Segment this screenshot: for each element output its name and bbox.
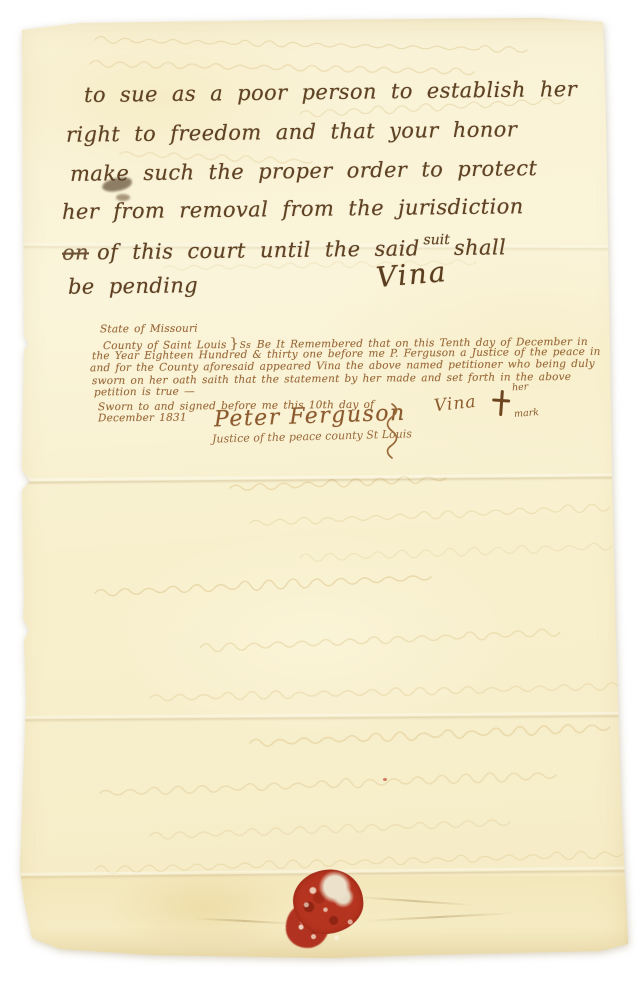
petition-line: make such the proper order to protect (70, 156, 538, 186)
red-fleck (383, 778, 387, 781)
petition-line-text: of this court until the said (97, 236, 420, 264)
petition-line: her from removal from the jurisdiction (62, 194, 524, 224)
petition-line: right to freedom and that your honor (66, 117, 517, 147)
petition-line: to sue as a poor person to establish her (84, 77, 577, 107)
wax-seal-speckle (284, 870, 367, 950)
fold-crease-4 (14, 867, 628, 880)
mark-word-label: mark (514, 407, 540, 420)
jurat-state-line: State of Missouri (100, 323, 198, 336)
jurat-row5: petition is true — (94, 386, 195, 399)
petition-line: be pending (68, 273, 198, 299)
paper-wrinkle (364, 912, 514, 922)
paper-wrinkle (194, 917, 294, 924)
petitioner-signature: Vina (375, 255, 449, 294)
jurat-sworn-line2: December 1831 (98, 412, 187, 425)
mark-name: Vina (433, 392, 477, 416)
paper-wrinkle (354, 896, 474, 906)
petition-line-end: shall (454, 235, 507, 260)
her-mark-cross-icon (491, 389, 511, 416)
mark-her-label: her (512, 381, 529, 393)
fold-crease-2 (14, 473, 628, 485)
bottom-flap-shading (14, 876, 628, 960)
ink-blot (116, 194, 130, 201)
red-wax-seal (280, 866, 372, 954)
fold-crease-3 (14, 712, 628, 723)
inserted-word: suit (423, 232, 450, 248)
wax-seal-lobe (283, 902, 331, 950)
struck-word: on (62, 240, 89, 264)
wax-seal-body (290, 866, 366, 937)
scanned-document: to sue as a poor person to establish her… (0, 0, 640, 986)
flourish-squiggle (382, 402, 402, 460)
paper-sheet: to sue as a poor person to establish her… (14, 18, 628, 960)
